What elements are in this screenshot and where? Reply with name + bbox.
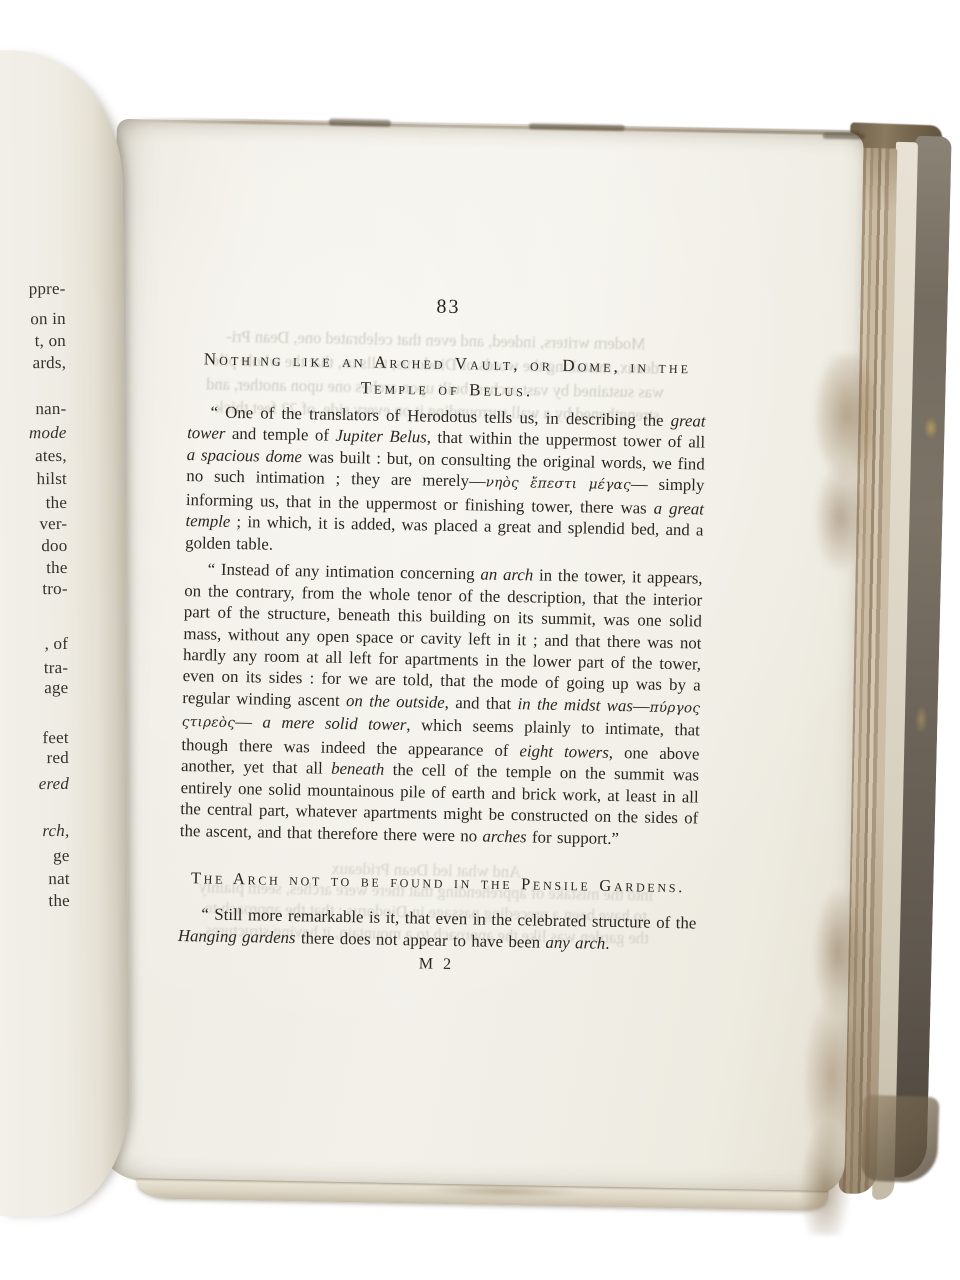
left-page-text-fragment: doo: [41, 536, 67, 556]
left-page-text-fragment: feet: [42, 728, 68, 748]
left-page-text-fragment: nan-: [35, 399, 66, 419]
body-text: , and that: [445, 693, 518, 713]
greek-phrase: νηὸς ἔπεστι μέγας: [486, 475, 631, 494]
bottom-corner-page-edges: [861, 1095, 940, 1184]
italic-text: Jupiter Belus: [335, 426, 427, 447]
left-page-text-fragment: hilst: [37, 469, 67, 489]
bottom-page-edges: [135, 1178, 828, 1211]
left-page-text-fragment: age: [44, 678, 68, 698]
left-page-text-fragment: ver-: [39, 514, 67, 534]
body-paragraph: “ Still more remarkable is it, that even…: [178, 903, 697, 955]
body-text: ; in which, it is added, was placed a gr…: [185, 512, 704, 553]
section-heading-line: Temple of Belus.: [360, 378, 533, 400]
body-text: there does not appear to have been: [295, 928, 545, 952]
left-page-text-fragment: the: [48, 891, 70, 911]
left-page-text-fragment: t, on: [35, 331, 66, 351]
left-page-text-fragment: on in: [30, 309, 66, 329]
italic-text: any arch: [545, 932, 605, 952]
body-text: , that within the uppermost tower of all: [427, 428, 706, 452]
page-text-block: 83 Nothing like an Arched Vault, or Dome…: [177, 291, 707, 978]
top-edge-stain: [823, 133, 865, 140]
left-page-text-fragment: ge: [53, 846, 70, 866]
body-paragraph: “ Instead of any intimation concerning a…: [180, 558, 703, 850]
italic-text: beneath: [331, 759, 384, 779]
italic-text: arches: [482, 826, 526, 846]
left-page-edge: ppre- on in t, on ards, nan- mode ates, …: [0, 50, 130, 1217]
italic-text: on the outside: [346, 691, 445, 712]
italic-text: an arch: [480, 565, 533, 585]
body-text: and temple of: [225, 424, 335, 445]
left-page-text-fragment: the: [46, 558, 68, 578]
body-text: for support.”: [526, 827, 619, 848]
left-page-text-fragment: ates,: [35, 446, 67, 466]
left-page-text-fragment: red: [46, 748, 68, 768]
left-page-text-fragment: tro-: [42, 579, 67, 599]
body-text: “ Instead of any intimation concerning: [208, 560, 481, 584]
italic-text: a spacious dome: [187, 445, 303, 466]
top-edge-stain: [529, 123, 625, 131]
left-page-text-fragment: tra-: [44, 658, 69, 678]
italic-text: in the midst was: [517, 694, 633, 715]
left-page-text-fragment: ppre-: [29, 279, 66, 299]
italic-text: a mere solid tower: [262, 713, 406, 735]
section-heading: Nothing like an Arched Vault, or Dome, i…: [188, 346, 707, 406]
left-page-text-fragment: the: [46, 493, 68, 513]
italic-text: Hanging gardens: [178, 925, 296, 946]
left-page-text-fragment: ered: [39, 774, 70, 794]
body-text: —: [235, 712, 263, 731]
left-page-text-fragment: ards,: [32, 353, 66, 373]
body-paragraph: “ One of the translators of Herodotus te…: [185, 401, 706, 563]
left-page-text-fragment: rch,: [42, 821, 69, 841]
book-page: Modern writers, indeed, and even that ce…: [97, 119, 863, 1195]
body-text: .: [605, 933, 610, 952]
open-book-photo: ppre- on in t, on ards, nan- mode ates, …: [0, 0, 960, 1280]
italic-text: eight towers: [519, 741, 609, 762]
top-deckle-edge: [127, 117, 860, 135]
body-text: —: [633, 696, 650, 715]
section-heading: The Arch not to be found in the Pensile …: [179, 868, 697, 897]
left-page-text-fragment: , of: [45, 634, 69, 654]
signature-mark: M 2: [177, 951, 695, 978]
left-page-text-fragment: nat: [48, 869, 70, 889]
section-heading-line: Nothing like an Arched Vault, or Dome, i…: [204, 349, 692, 377]
left-page-text-fragment: mode: [29, 423, 67, 443]
body-text: in the tower, it appears, on the contrar…: [182, 566, 703, 710]
page-number: 83: [189, 291, 707, 323]
